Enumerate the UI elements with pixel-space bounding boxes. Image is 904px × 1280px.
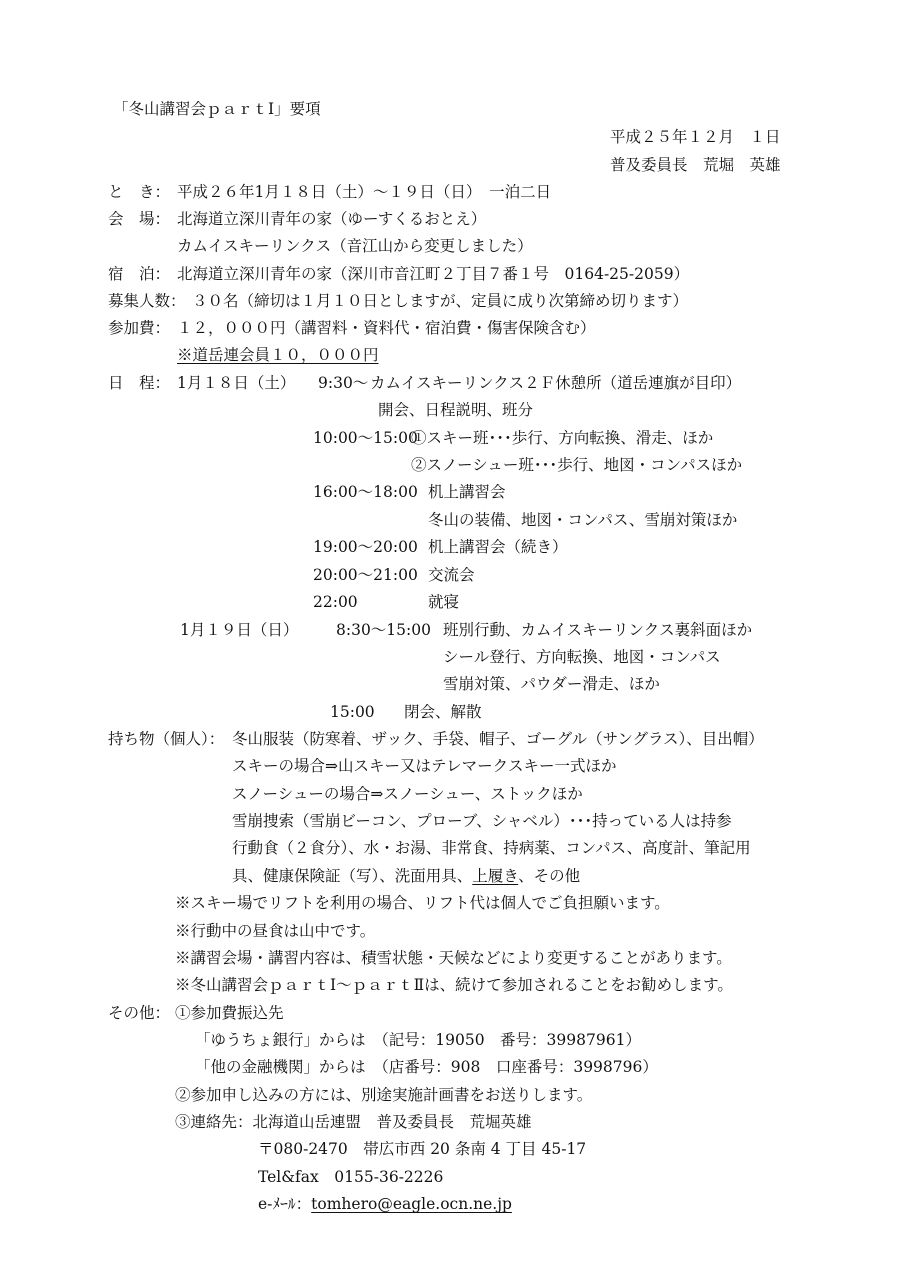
- day2-time-3: 15:00: [330, 702, 375, 722]
- lodging-label: 宿 泊：: [108, 264, 170, 284]
- when-label: と き：: [108, 182, 170, 202]
- day1-date: 1月１８日（土）: [177, 373, 295, 393]
- plan-note: ②参加申し込みの方には、別途実施計画書をお送りします。: [175, 1085, 592, 1105]
- address: 〒080-2470 帯広市西 20 条南 4 丁目 45-17: [258, 1139, 586, 1159]
- note-1: ※スキー場でリフトを利用の場合、リフト代は個人でご負担願います。: [175, 893, 670, 913]
- belongings-line-2: スキーの場合⇒山スキー又はテレマークスキー一式ほか: [232, 756, 617, 776]
- schedule-label: 日 程：: [108, 373, 170, 393]
- belongings-label: 持ち物（個人）：: [108, 729, 224, 749]
- belongings-line-4: 雪崩捜索（雪崩ビーコン、プローブ、シャベル）･･･持っている人は持参: [232, 811, 732, 831]
- member-fee-note: ※道岳連会員１０，０００円: [177, 345, 379, 365]
- fee-label: 参加費：: [108, 318, 170, 338]
- document-title: 「冬山講習会ｐａｒｔⅠ」要項: [113, 99, 321, 119]
- author: 普及委員長 荒堀 英雄: [610, 155, 781, 175]
- day1-time-6: 19:00～20:00: [313, 537, 418, 557]
- day1-text-8: 就寝: [428, 592, 459, 612]
- day2-text-2: 雪崩対策、パウダー滑走、ほか: [443, 674, 660, 694]
- day1-time-7: 20:00～21:00: [313, 565, 418, 585]
- belongings-line-1: 冬山服装（防寒着、ザック、手袋、帽子、ゴーグル（サングラス）、目出帽）: [232, 729, 764, 749]
- day1-time-8: 22:00: [313, 592, 358, 612]
- other-bank-account: 「他の金融機関」からは （店番号：908 口座番号：3998796）: [195, 1057, 658, 1077]
- email-line: e-ﾒｰﾙ：tomhero@eagle.ocn.ne.jp: [258, 1194, 512, 1214]
- tel-fax: Tel&fax 0155-36-2226: [258, 1167, 443, 1187]
- capacity-label: 募集人数：: [108, 291, 186, 311]
- belongings-pre: 具、健康保険証（写）、洗面用具、: [232, 867, 472, 885]
- yucho-account: 「ゆうちょ銀行」からは （記号：19050 番号：39987961）: [195, 1030, 641, 1050]
- day1-text-5: 冬山の装備、地図・コンパス、雪崩対策ほか: [428, 510, 737, 530]
- day1-time-0: 9:30～: [318, 373, 368, 393]
- other-label: その他：: [108, 1003, 170, 1023]
- day1-text-6: 机上講習会（続き）: [428, 537, 568, 557]
- contact: ③連絡先：北海道山岳連盟 普及委員長 荒堀英雄: [175, 1112, 532, 1132]
- payment-heading: ①参加費振込先: [175, 1003, 284, 1023]
- indoor-shoes: 上履き: [472, 867, 518, 885]
- day1-text-2: ①スキー班･･･歩行、方向転換、滑走、ほか: [411, 428, 713, 448]
- belongings-line-6: 具、健康保険証（写）、洗面用具、上履き、その他: [232, 866, 580, 886]
- belongings-line-3: スノーシューの場合⇒スノーシュー、ストックほか: [232, 784, 583, 804]
- issue-date: 平成２５年１２月 １日: [610, 127, 781, 147]
- day1-text-0: カムイスキーリンクス２Ｆ休憩所（道岳連旗が目印）: [370, 373, 741, 393]
- day2-time-0: 8:30～15:00: [336, 620, 431, 640]
- day2-text-0: 班別行動、カムイスキーリンクス裏斜面ほか: [443, 620, 752, 640]
- day1-text-4: 机上講習会: [428, 482, 506, 502]
- email-label: e-ﾒｰﾙ：: [258, 1195, 311, 1213]
- venue-line-2: カムイスキーリンクス（音江山から変更しました）: [177, 236, 533, 256]
- day2-text-1: シール登行、方向転換、地図・コンパス: [443, 647, 721, 667]
- email-link[interactable]: tomhero@eagle.ocn.ne.jp: [311, 1195, 512, 1213]
- day1-text-1: 開会、日程説明、班分: [378, 400, 533, 420]
- venue-line-1: 北海道立深川青年の家（ゆーすくるおとえ）: [177, 209, 486, 229]
- day1-text-7: 交流会: [428, 565, 475, 585]
- belongings-line-5: 行動食（２食分）、水・お湯、非常食、持病薬、コンパス、高度計、筆記用: [232, 838, 751, 858]
- when-value: 平成２６年1月１８日（土）～１９日（日） 一泊二日: [177, 182, 551, 202]
- capacity-value: ３０名（締切は１月１０日としますが、定員に成り次第締め切ります）: [192, 291, 688, 311]
- belongings-post: 、その他: [518, 867, 580, 885]
- venue-label: 会 場：: [108, 209, 170, 229]
- day2-date: 1月１９日（日）: [180, 620, 298, 640]
- note-2: ※行動中の昼食は山中です。: [175, 921, 375, 941]
- day1-time-2: 10:00～15:00: [313, 428, 418, 448]
- day2-text-3: 閉会、解散: [404, 702, 482, 722]
- day1-text-3: ②スノーシュー班･･･歩行、地図・コンパスほか: [411, 455, 742, 475]
- note-3: ※講習会場・講習内容は、積雪状態・天候などにより変更することがあります。: [175, 948, 732, 968]
- lodging-value: 北海道立深川青年の家（深川市音江町２丁目７番１号 0164-25-2059）: [177, 264, 689, 284]
- fee-value: １２，０００円（講習料・資料代・宿泊費・傷害保険含む）: [177, 318, 596, 338]
- day1-time-4: 16:00～18:00: [313, 482, 418, 502]
- note-4: ※冬山講習会ｐａｒｔⅠ～ｐａｒｔⅡは、続けて参加されることをお勧めします。: [175, 975, 733, 995]
